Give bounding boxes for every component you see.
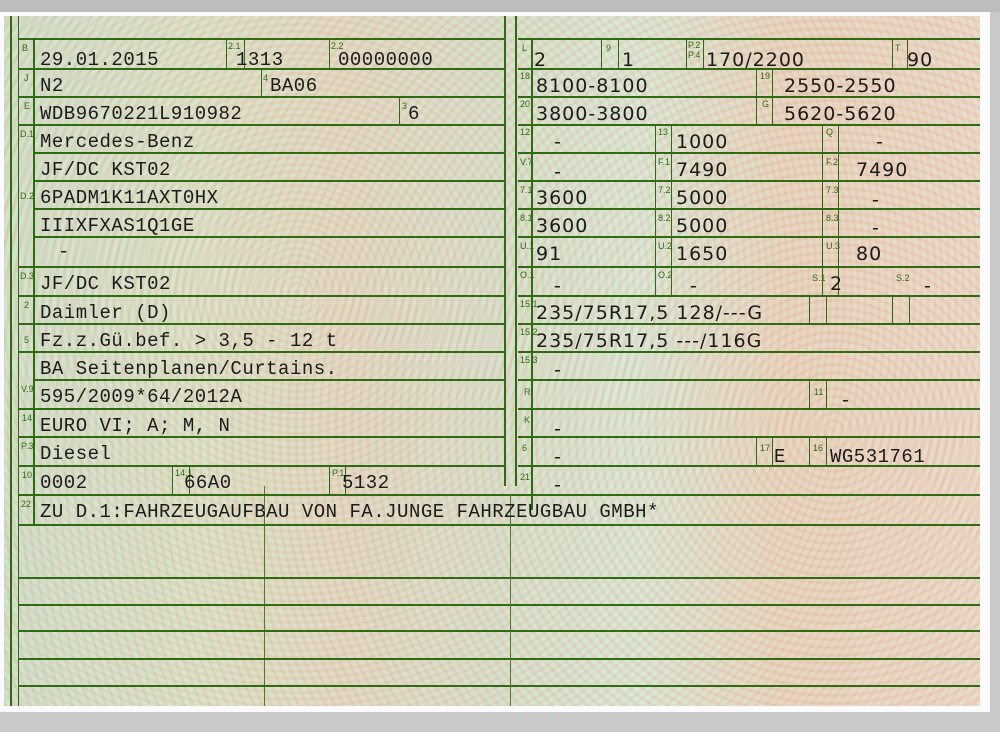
field-label-12: 12 [520, 128, 530, 137]
field-label-Q: Q [826, 128, 833, 137]
field-11-remark-code: - [842, 390, 850, 410]
field-label-J: J [24, 74, 29, 83]
field-2-2-type-code: 00000000 [338, 50, 433, 70]
field-label-B: B [22, 44, 28, 53]
field-label-15-3: 15.3 [520, 356, 538, 365]
field-label-O2: O.2 [658, 271, 673, 280]
field-label-U1: U.1 [520, 242, 534, 251]
field-label-13: 13 [658, 128, 668, 137]
field-label-20: 20 [520, 100, 530, 109]
field-label-11: 11 [814, 388, 823, 397]
field-15-1-tires-axle-1: 235/75R17,5 128/---G [536, 303, 763, 323]
field-label-E: E [24, 102, 30, 111]
field-label-18: 18 [520, 72, 530, 81]
field-label-P4: P.4 [688, 51, 700, 60]
field-P3-fuel-type: Diesel [40, 444, 111, 464]
field-label-16: 16 [813, 444, 823, 453]
field-8-2-permissible-axle-2: 5000 [676, 216, 728, 236]
field-J-vehicle-class: N2 [40, 76, 64, 96]
field-label-G: G [762, 100, 769, 109]
field-label-F1: F.1 [658, 158, 670, 167]
field-5-vehicle-type-description: Fz.z.Gü.bef. > 3,5 - 12 t [40, 331, 338, 351]
field-F2-permissible-mass: 7490 [856, 160, 908, 180]
field-S1-seats: 2 [830, 274, 843, 294]
field-label-T: T [895, 44, 901, 53]
field-7-2-axle-load-2: 5000 [676, 188, 728, 208]
field-label-15-1: 15.1 [520, 300, 538, 309]
field-12-tank-volume: - [554, 132, 562, 152]
field-U2-engine-rpm: 1650 [676, 244, 728, 264]
field-2-1-manufacturer-code: 1313 [236, 50, 284, 70]
field-label-19: 19 [760, 72, 770, 81]
field-label-8-1: 8.1 [520, 214, 533, 223]
field-O1-braked-trailer: - [554, 276, 562, 296]
field-label-8-2: 8.2 [658, 214, 671, 223]
field-label-7-2: 7.2 [658, 186, 671, 195]
field-14-1-code: 66A0 [184, 473, 232, 493]
field-label-3: 3 [402, 102, 407, 111]
vehicle-registration-document: B 29.01.2015 2.1 1313 2.2 00000000 J N2 … [4, 16, 980, 706]
field-label-V9: V.9 [21, 385, 34, 394]
field-K-type-approval: - [554, 419, 562, 439]
field-label-U2: U.2 [658, 242, 672, 251]
field-label-V7: V.7 [520, 158, 533, 167]
field-D1-make-line2: JF/DC KST02 [40, 160, 171, 180]
field-15-3-tires-axle-3: - [554, 360, 562, 380]
field-9-driven-axles: 1 [622, 50, 635, 70]
field-G-curb-weight: 5620-5620 [784, 104, 897, 124]
field-label-U3: U.3 [826, 242, 840, 251]
field-6-approval-date: - [554, 447, 562, 467]
field-21-other-notes: - [554, 475, 562, 495]
field-U3-drive-noise: 80 [856, 244, 882, 264]
field-label-21: 21 [520, 473, 530, 482]
field-8-1-permissible-axle-1: 3600 [536, 216, 588, 236]
field-label-P2: P.2 [688, 41, 700, 50]
field-label-8-3: 8.3 [826, 214, 839, 223]
field-O2-unbraked-trailer: - [690, 276, 698, 296]
field-label-17: 17 [760, 444, 770, 453]
field-label-5: 5 [24, 336, 29, 345]
field-18-length: 8100-8100 [536, 76, 649, 96]
field-7-1-axle-load-1: 3600 [536, 188, 588, 208]
field-label-7-3: 7.3 [826, 186, 839, 195]
field-S2-standing: - [924, 276, 932, 296]
field-label-9: 9 [606, 44, 611, 53]
field-D2-type-variant: 6PADM1K11AXT0HX [40, 188, 219, 208]
field-T-max-speed: 90 [907, 50, 933, 70]
field-15-2-tires-axle-2: 235/75R17,5 ---/116G [536, 331, 762, 351]
field-P1-displacement: 5132 [342, 473, 390, 493]
row-line [18, 38, 505, 40]
field-label-D2: D.2 [20, 192, 34, 201]
field-label-2: 2 [24, 301, 29, 310]
field-2-manufacturer: Daimler (D) [40, 303, 171, 323]
field-label-22: 22 [21, 500, 31, 509]
field-label-F2: F.2 [826, 158, 838, 167]
field-Q-power-weight: - [876, 132, 884, 152]
field-14-emission-standard: EURO VI; A; M, N [40, 416, 230, 436]
field-V7-co2: - [554, 162, 562, 182]
field-L-axles: 2 [534, 50, 547, 70]
field-D1-make: Mercedes-Benz [40, 132, 195, 152]
outer-left-border [10, 16, 12, 706]
field-17-operating-permit: E [774, 447, 786, 467]
field-4-body-type: BA06 [270, 76, 318, 96]
field-19-width: 2550-2550 [784, 76, 897, 96]
field-label-P3: P.3 [21, 442, 33, 451]
field-20-height: 3800-3800 [536, 104, 649, 124]
field-label-D1: D.1 [20, 130, 34, 139]
field-D2-type-variant-line2: IIIXFXAS1Q1GE [40, 216, 195, 236]
field-P2-P4-power-rpm: 170/2200 [706, 50, 805, 70]
field-label-D3: D.3 [20, 272, 34, 281]
row-line [518, 38, 980, 40]
field-F1-max-mass: 7490 [676, 160, 728, 180]
center-divider-2 [515, 16, 517, 486]
field-D3-commercial-name: JF/DC KST02 [40, 274, 171, 294]
center-divider [504, 16, 506, 486]
field-label-O1: O.1 [520, 271, 535, 280]
field-5-vehicle-type-description-line2: BA Seitenplanen/Curtains. [40, 359, 338, 379]
field-label-L: L [522, 44, 527, 53]
field-label-6: 6 [522, 444, 527, 453]
field-8-3-permissible-axle-3: - [872, 218, 880, 238]
field-label-7-1: 7.1 [520, 186, 533, 195]
outer-left-border-inner [18, 16, 19, 706]
field-label-10: 10 [22, 471, 32, 480]
field-10-emission-code: 0002 [40, 473, 88, 493]
field-label-15-2: 15.2 [520, 328, 538, 337]
field-label-14: 14 [22, 414, 32, 423]
field-V9-emission-class: 595/2009*64/2012A [40, 387, 242, 407]
field-label-K: K [524, 416, 530, 425]
field-E-vin: WDB9670221L910982 [40, 104, 242, 124]
field-label-4: 4 [263, 74, 268, 83]
field-D2-type-variant-line3: - [58, 242, 70, 262]
field-16-document-number: WG531761 [830, 447, 925, 467]
field-label-S2: S.2 [896, 274, 910, 283]
field-label-S1: S.1 [812, 274, 826, 283]
field-B-registration-date: 29.01.2015 [40, 50, 159, 70]
field-label-R: R [524, 388, 531, 397]
field-22-remarks: ZU D.1:FAHRZEUGAUFBAU VON FA.JUNGE FAHRZ… [40, 502, 659, 522]
scan-background [0, 0, 1000, 12]
field-U1-stationary-noise: 91 [536, 244, 562, 264]
field-3-check-digit: 6 [408, 104, 420, 124]
field-7-3-axle-load-3: - [872, 190, 880, 210]
field-13-support-load: 1000 [676, 132, 728, 152]
